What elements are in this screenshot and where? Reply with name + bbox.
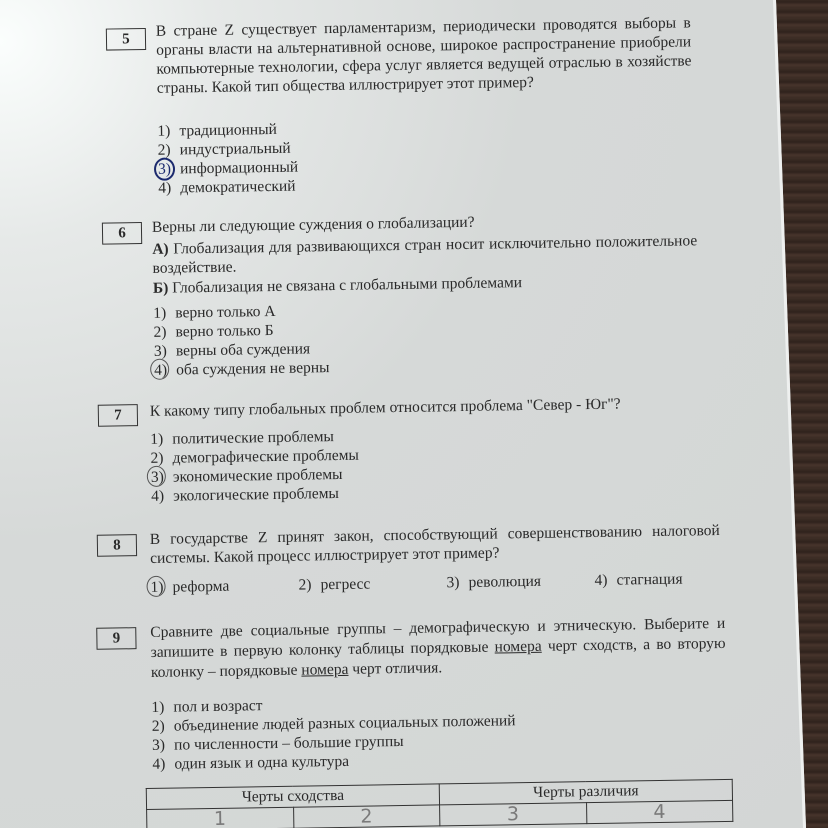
option-number: 1) <box>150 430 172 449</box>
option-text: пол и возраст <box>173 697 262 715</box>
option-text: индустриальный <box>180 140 291 159</box>
option-3: 3)по численности – большие группы <box>152 732 404 755</box>
option-number: 1) <box>151 698 173 717</box>
option-3[interactable]: 3)революция <box>446 572 541 592</box>
option-number: 4) <box>158 178 180 197</box>
option-text: экологические проблемы <box>173 485 339 505</box>
question-text: Сравните две социальные группы – демогра… <box>150 614 726 683</box>
option-4[interactable]: 4)стагнация <box>594 570 682 590</box>
option-2[interactable]: 2)верно только Б <box>153 321 273 342</box>
statement-label: А) <box>152 241 169 258</box>
option-number: 3) <box>446 573 468 592</box>
text-part: черт отличия. <box>348 659 442 677</box>
option-text: объединение людей разных социальных поло… <box>174 712 516 734</box>
option-text: реформа <box>172 578 229 596</box>
option-text: традиционный <box>179 121 277 140</box>
option-1[interactable]: 1)традиционный <box>157 120 277 141</box>
question-number-box: 9 <box>96 627 136 650</box>
option-text: верно только А <box>175 303 276 322</box>
text-part-underlined: номера <box>494 638 541 656</box>
answer-circle-mark: 3) <box>158 159 180 178</box>
answer-cell-2[interactable]: 2 <box>293 805 440 828</box>
option-1: 1)пол и возраст <box>151 696 262 717</box>
answer-cell-3[interactable]: 3 <box>440 803 587 826</box>
option-number: 1) <box>157 121 179 140</box>
answer-circle-mark: 1) <box>150 578 172 597</box>
question-text: К какому типу глобальных проблем относит… <box>150 393 710 421</box>
option-text: один язык и одна культура <box>174 753 349 773</box>
option-text: демографические проблемы <box>172 447 359 467</box>
option-number: 4) <box>152 755 174 774</box>
option-number: 2) <box>152 717 174 736</box>
statement-label: Б) <box>153 280 169 297</box>
option-text: информационный <box>180 159 298 178</box>
option-number: 4) <box>594 571 616 590</box>
option-text: революция <box>468 573 541 591</box>
option-text: верно только Б <box>175 322 273 341</box>
answer-circle-mark: 3) <box>151 468 173 487</box>
option-4[interactable]: 4)демократический <box>158 177 296 198</box>
option-text: демократический <box>180 178 295 197</box>
option-number: 2) <box>158 140 180 159</box>
question-number-box: 5 <box>106 28 146 51</box>
option-1[interactable]: 1)верно только А <box>153 302 276 323</box>
question-number-box: 8 <box>97 534 137 557</box>
option-2[interactable]: 2)регресс <box>298 574 370 594</box>
option-text: стагнация <box>616 571 682 589</box>
text-part-underlined: номера <box>301 661 348 679</box>
option-number: 2) <box>298 575 320 594</box>
option-text: экономические проблемы <box>173 466 343 486</box>
option-4-selected[interactable]: 4)оба суждения не верны <box>154 358 330 380</box>
option-number: 1) <box>153 304 175 323</box>
option-3[interactable]: 3)верны оба суждения <box>154 339 311 360</box>
statement-text: Глобализация для развивающихся стран нос… <box>152 232 697 277</box>
option-text: политические проблемы <box>172 428 334 448</box>
option-number: 3) <box>152 736 174 755</box>
question-text: В государстве Z принят закон, способству… <box>150 521 721 568</box>
answer-table: Черты сходства Черты различия 1 2 3 4 <box>146 779 734 828</box>
statement-text: Глобализация не связана с глобальными пр… <box>172 274 522 296</box>
question-number-box: 7 <box>98 404 138 427</box>
option-1-selected[interactable]: 1)реформа <box>150 577 229 597</box>
option-text: регресс <box>320 575 370 593</box>
option-text: верны оба суждения <box>176 340 311 359</box>
option-number: 2) <box>153 323 175 342</box>
answer-circle-mark: 4) <box>154 361 176 380</box>
option-3-selected[interactable]: 3)информационный <box>158 158 298 179</box>
option-text: по численности – большие группы <box>174 733 404 754</box>
option-4[interactable]: 4)экологические проблемы <box>151 484 339 506</box>
answer-cell-1[interactable]: 1 <box>147 807 294 828</box>
exam-content: 5 В стране Z существует парламентаризм, … <box>0 0 828 828</box>
option-2[interactable]: 2)индустриальный <box>158 139 291 160</box>
question-text: В стране Z существует парламентаризм, пе… <box>156 13 692 97</box>
answer-cell-4[interactable]: 4 <box>586 800 733 823</box>
option-number: 4) <box>151 487 173 506</box>
option-text: оба суждения не верны <box>176 359 330 378</box>
question-number-box: 6 <box>102 222 142 245</box>
option-4: 4)один язык и одна культура <box>152 752 349 774</box>
